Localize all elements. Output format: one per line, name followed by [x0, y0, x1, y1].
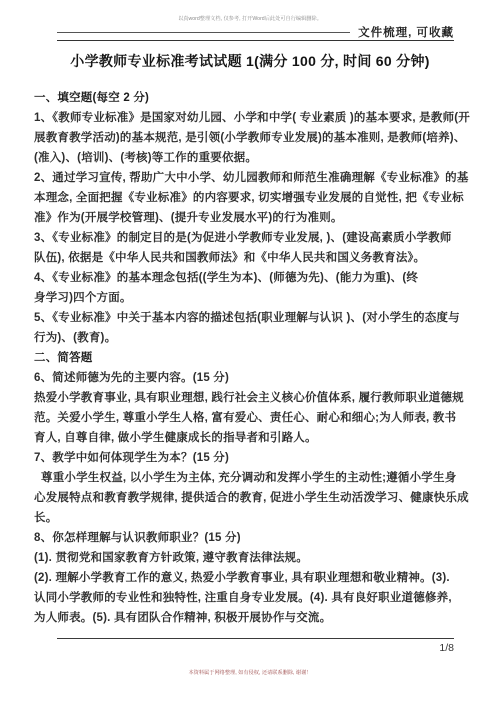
text-line: 6、简述师德为先的主要内容。(15 分) — [34, 368, 474, 388]
text-line: 准》作为(开展学校管理)、(提升专业发展水平)的行为准则。 — [34, 208, 474, 228]
header-rule — [57, 40, 454, 41]
footer-note: 本资料属于网络整理, 如有侵权, 还请联系删除, 谢谢！ — [120, 668, 380, 676]
header-note: 文件梳理, 可收藏 — [358, 24, 454, 40]
text-line: (1). 贯彻党和国家教育方针政策, 遵守教育法律法规。 — [34, 548, 474, 568]
footer-rule — [57, 638, 454, 639]
text-line: 身学习)四个方面。 — [34, 288, 474, 308]
text-line: 行为)、(教育)。 — [34, 328, 474, 348]
top-watermark-text: 以真word整理文档, 仅参考, 打开Word后此处可自行编辑删除。 — [120, 14, 380, 22]
text-line: 队伍), 依据是《中华人民共和国教师法》和《中华人民共和国义务教育法》。 — [34, 248, 474, 268]
document-body: 一、填空题(每空 2 分)1、《教师专业标准》是国家对幼儿园、小学和中学( 专业… — [34, 88, 474, 628]
text-line: 二、简答题 — [34, 348, 474, 368]
text-line: 为人师表。(5). 具有团队合作精神, 积极开展协作与交流。 — [34, 608, 474, 628]
page-header: 文件梳理, 可收藏 — [57, 24, 454, 40]
text-line: 一、填空题(每空 2 分) — [34, 88, 474, 108]
text-line: 尊重小学生权益, 以小学生为主体, 充分调动和发挥小学生的主动性;遵循小学生身 — [34, 468, 474, 488]
text-line: 5、《专业标准》中关于基本内容的描述包括(职业理解与认识 )、(对小学生的态度与 — [34, 308, 474, 328]
header-divider-line — [57, 32, 350, 33]
text-line: 心发展特点和教育教学规律, 提供适合的教育, 促进小学生生动活泼学习、健康快乐成 — [34, 488, 474, 508]
text-line: 7、教学中如何体现学生为本？(15 分) — [34, 448, 474, 468]
text-line: 范。关爱小学生, 尊重小学生人格, 富有爱心、责任心、耐心和细心;为人师表, 教… — [34, 408, 474, 428]
text-line: 展教育教学活动)的基本规范, 是引领(小学教师专业发展)的基本准则, 是教师(培… — [34, 128, 474, 148]
text-line: 育人, 自尊自律, 做小学生健康成长的指导者和引路人。 — [34, 428, 474, 448]
document-page: 以真word整理文档, 仅参考, 打开Word后此处可自行编辑删除。 文件梳理,… — [0, 0, 500, 707]
text-line: 长。 — [34, 508, 474, 528]
text-line: 4、《专业标准》的基本理念包括((学生为本)、(师德为先)、(能力为重)、(终 — [34, 268, 474, 288]
text-line: 本理念, 全面把握《专业标准》的内容要求, 切实增强专业发展的自觉性, 把《专业… — [34, 188, 474, 208]
text-line: 8、你怎样理解与认识教师职业？(15 分) — [34, 528, 474, 548]
text-line: 认同小学教师的专业性和独特性, 注重自身专业发展。(4). 具有良好职业道德修养… — [34, 588, 474, 608]
text-line: 1、《教师专业标准》是国家对幼儿园、小学和中学( 专业素质 )的基本要求, 是教… — [34, 108, 474, 128]
text-line: (2). 理解小学教育工作的意义, 热爱小学教育事业, 具有职业理想和敬业精神。… — [34, 568, 474, 588]
page-title: 小学教师专业标准考试试题 1(满分 100 分, 时间 60 分钟) — [0, 51, 500, 71]
text-line: 3、《专业标准》的制定目的是(为促进小学教师专业发展, )、(建设高素质小学教师 — [34, 228, 474, 248]
text-line: (准入)、(培训)、(考核)等工作的重要依据。 — [34, 148, 474, 168]
text-line: 热爱小学教育事业, 具有职业理想, 践行社会主义核心价值体系, 履行教师职业道德… — [34, 388, 474, 408]
page-number: 1/8 — [439, 642, 454, 654]
text-line: 2、通过学习宣传, 帮助广大中小学、幼儿园教师和师范生准确理解《专业标准》的基 — [34, 168, 474, 188]
